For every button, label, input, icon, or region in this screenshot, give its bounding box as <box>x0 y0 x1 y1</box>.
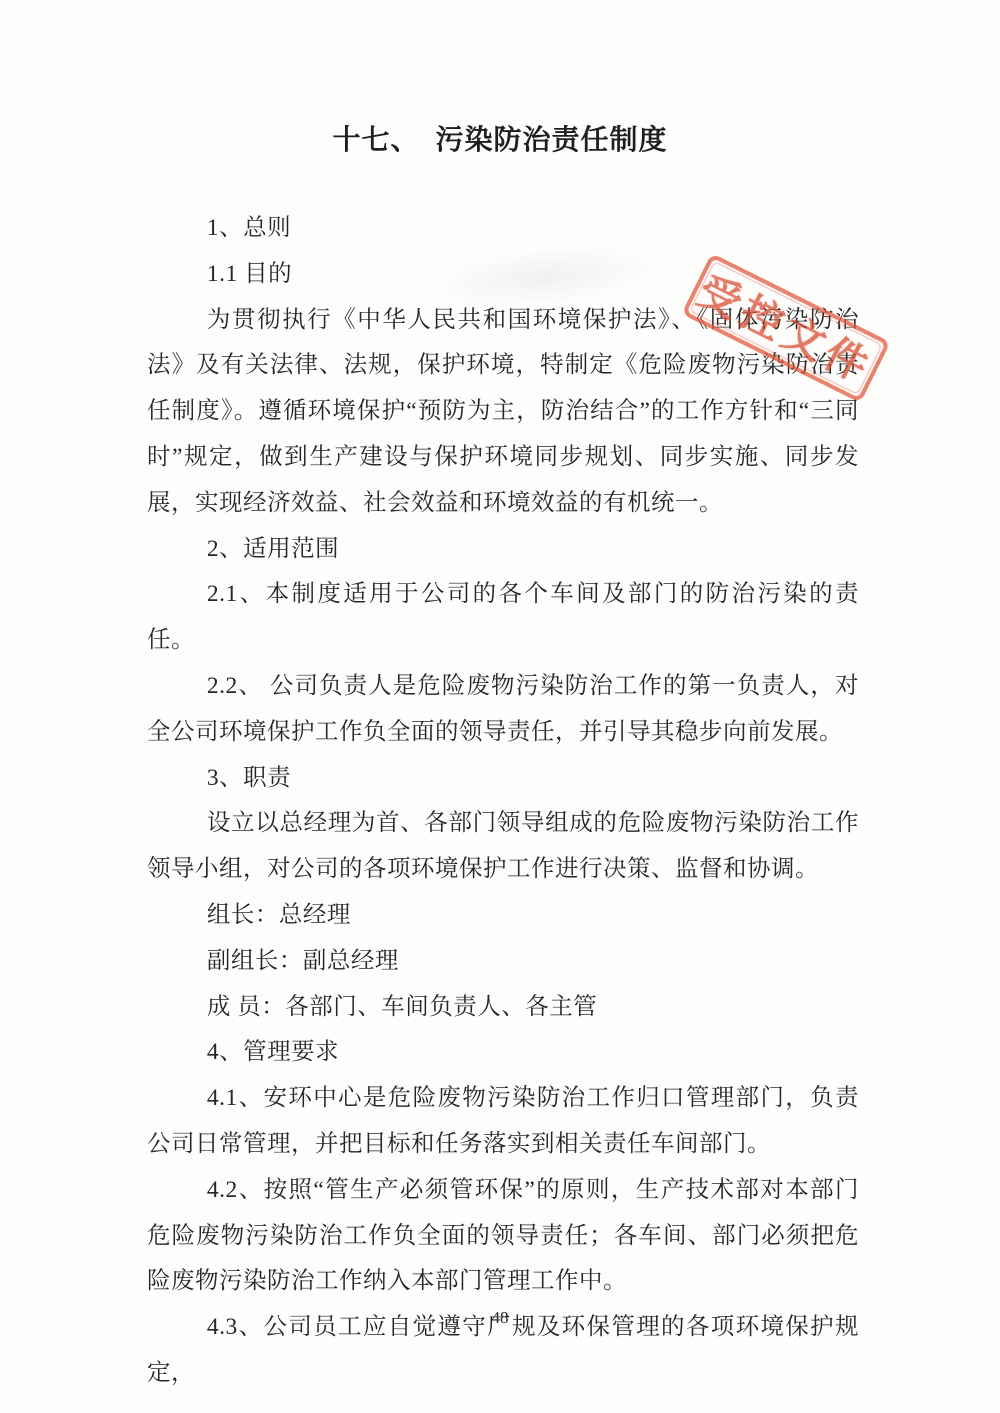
paragraph: 2.1、本制度适用于公司的各个车间及部门的防治污染的责任。 <box>147 572 859 664</box>
paragraph: 副组长：副总经理 <box>147 939 859 985</box>
paragraph: 成 员：各部门、车间负责人、各主管 <box>147 985 859 1031</box>
paragraph: 4、管理要求 <box>147 1030 859 1076</box>
document-body: 1、总则1.1 目的为贯彻执行《中华人民共和国环境保护法》、《固体污染防治法》及… <box>147 206 859 1397</box>
paragraph: 2、适用范围 <box>147 527 859 573</box>
document-title: 十七、 污染防治责任制度 <box>0 118 1000 158</box>
paragraph: 3、职责 <box>147 756 859 802</box>
paragraph: 4.1、安环中心是危险废物污染防治工作归口管理部门，负责公司日常管理，并把目标和… <box>147 1076 859 1168</box>
page-number: 48 <box>0 1308 1000 1328</box>
paragraph: 组长：总经理 <box>147 893 859 939</box>
document-page: 十七、 污染防治责任制度 1、总则1.1 目的为贯彻执行《中华人民共和国环境保护… <box>0 0 1000 1413</box>
paragraph: 设立以总经理为首、各部门领导组成的危险废物污染防治工作领导小组，对公司的各项环境… <box>147 801 859 893</box>
paragraph: 2.2、 公司负责人是危险废物污染防治工作的第一负责人，对全公司环境保护工作负全… <box>147 664 859 756</box>
paragraph: 1、总则 <box>147 206 859 252</box>
paragraph: 4.2、按照“管生产必须管环保”的原则，生产技术部对本部门危险废物污染防治工作负… <box>147 1168 859 1305</box>
